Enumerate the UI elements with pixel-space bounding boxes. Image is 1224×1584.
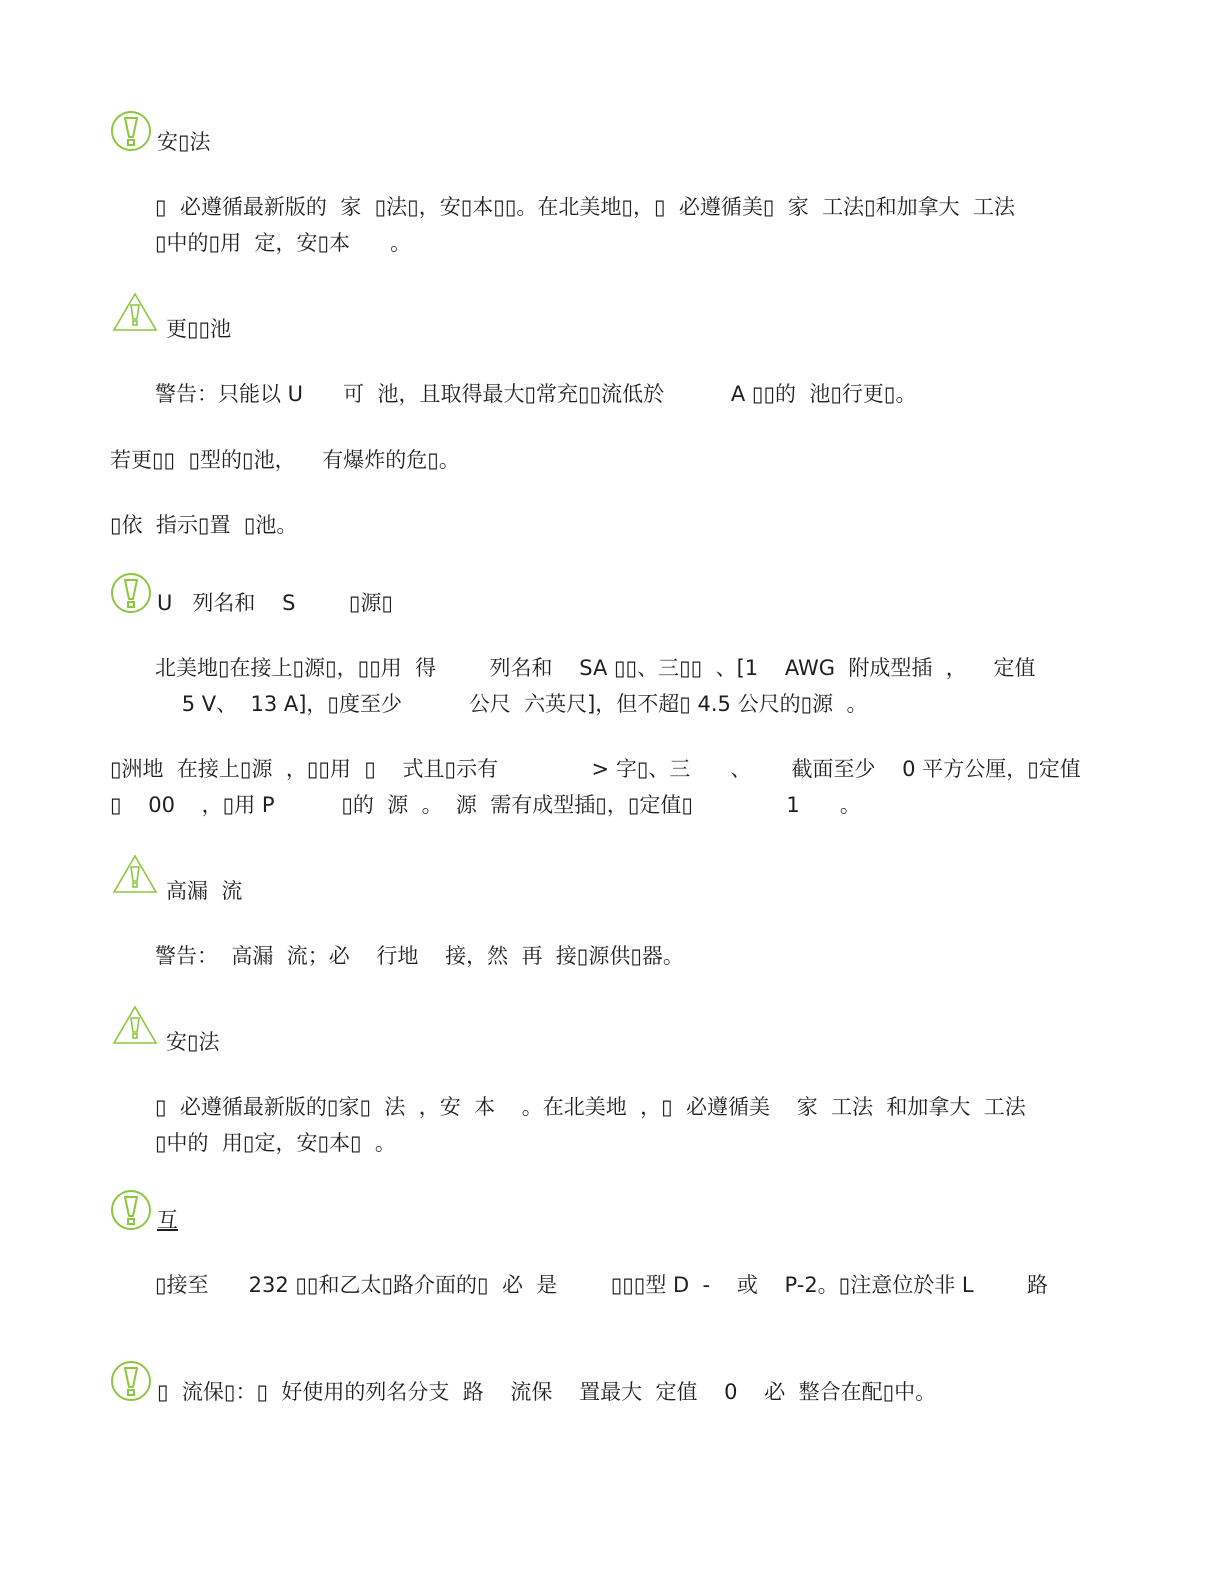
section-heading-high-leakage-current: 高漏 流 — [166, 877, 242, 905]
info-exclamation-circle-icon — [110, 110, 152, 152]
paragraph-interconnect: ▯接至 232 ▯▯和乙太▯路介面的▯ 必 是 ▯▯▯型 D - 或 P-2。▯… — [155, 1267, 1048, 1303]
paragraph-battery-warning: 警告：只能以 U 可 池，且取得最大▯常充▯▯流低於 A ▯▯的 池▯行更▯。 — [155, 376, 916, 412]
section-heading-replace-battery: 更▯▯池 — [166, 315, 231, 343]
paragraph-power-cord-europe-line1: ▯洲地 在接上▯源 ，▯▯用 ▯ 式且▯示有 > 字▯、三 、 截面至少 0 平… — [110, 751, 1081, 787]
paragraph-safety-regulations-2-line1: ▯ 必遵循最新版的▯家▯ 法 ，安 本 。在北美地 ，▯ 必遵循美 家 工法 和… — [155, 1089, 1026, 1125]
paragraph-battery-explosion-risk: 若更▯▯ ▯型的▯池， 有爆炸的危▯。 — [110, 442, 460, 478]
section-heading-safety-regulations-2: 安▯法 — [166, 1028, 220, 1056]
info-exclamation-circle-icon — [110, 1360, 152, 1402]
paragraph-power-cord-north-america-line1: 北美地▯在接上▯源▯，▯▯用 得 列名和 SA ▯▯、三▯▯ 、[1 AWG 附… — [155, 650, 1035, 686]
section-heading-power-cord: U 列名和 S ▯源▯ — [157, 589, 393, 617]
section-heading-safety-regulations: 安▯法 — [157, 128, 211, 156]
paragraph-safety-regulations-2-line2: ▯中的 用▯定，安▯本▯ 。 — [155, 1125, 396, 1161]
info-exclamation-circle-icon — [110, 572, 152, 614]
warning-triangle-icon — [112, 854, 158, 894]
paragraph-high-leakage-warning: 警告： 高漏 流；必 行地 接，然 再 接▯源供▯器。 — [155, 938, 684, 974]
paragraph-safety-regulations-line1: ▯ 必遵循最新版的 家 ▯法▯，安▯本▯▯。在北美地▯，▯ 必遵循美▯ 家 工法… — [155, 189, 1015, 225]
warning-triangle-icon — [112, 1005, 158, 1045]
info-exclamation-circle-icon — [110, 1189, 152, 1231]
warning-triangle-icon — [112, 292, 158, 332]
paragraph-power-cord-europe-line2: ▯ 00 ，▯用 P ▯的 源 。 源 需有成型插▯，▯定值▯ 1 。 — [110, 787, 861, 823]
paragraph-battery-disposal: ▯依 指示▯置 ▯池。 — [110, 507, 297, 543]
section-heading-overcurrent-protection: ▯ 流保▯：▯ 好使用的列名分支 路 流保 置最大 定值 0 必 整合在配▯中。 — [157, 1378, 936, 1406]
paragraph-safety-regulations-line2: ▯中的▯用 定，安▯本 。 — [155, 225, 411, 261]
section-heading-interconnect: 互 — [157, 1206, 178, 1234]
paragraph-power-cord-north-america-line2: 5 V、 13 A]，▯度至少 公尺 六英尺]，但不超▯ 4.5 公尺的▯源 。 — [155, 686, 867, 722]
